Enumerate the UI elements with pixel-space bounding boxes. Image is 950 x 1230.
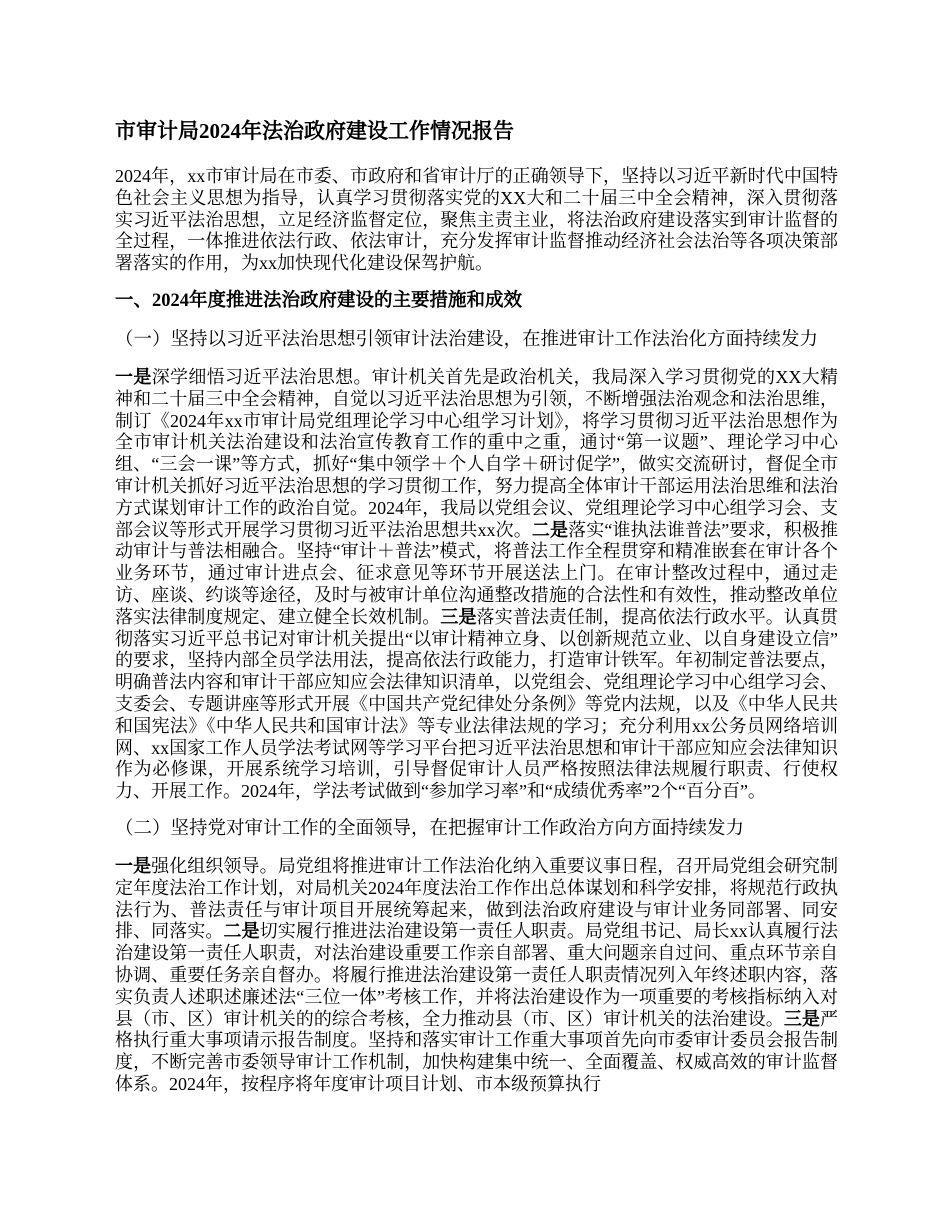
paragraph-text: 落实普法责任制，提高依法行政水平。认真贯彻落实习近平总书记对审计机关提出“以审计… bbox=[115, 607, 838, 801]
intro-paragraph: 2024年，xx市审计局在市委、市政府和省审计厅的正确领导下，坚持以习近平新时代… bbox=[115, 166, 838, 275]
subsection-2-paragraph: 一是强化组织领导。局党组将推进审计工作法治化纳入重要议事日程，召开局党组会研究制… bbox=[115, 856, 838, 1096]
inline-marker-second: 二是 bbox=[223, 921, 259, 941]
subsection-2-heading: （二）坚持党对审计工作的全面领导，在把握审计工作政治方向方面持续发力 bbox=[115, 817, 838, 841]
section-1-heading: 一、2024年度推进法治政府建设的主要措施和成效 bbox=[115, 289, 838, 313]
paragraph-text: 深学细悟习近平法治思想。审计机关首先是政治机关，我局深入学习贯彻党的XX大精神和… bbox=[115, 367, 838, 540]
inline-marker-third: 三是 bbox=[784, 1009, 820, 1029]
inline-marker-third: 三是 bbox=[440, 607, 476, 627]
inline-marker-first: 一是 bbox=[115, 856, 151, 876]
inline-marker-first: 一是 bbox=[115, 367, 152, 387]
document-title: 市审计局2024年法治政府建设工作情况报告 bbox=[115, 118, 838, 144]
subsection-1-paragraph: 一是深学细悟习近平法治思想。审计机关首先是政治机关，我局深入学习贯彻党的XX大精… bbox=[115, 367, 838, 803]
subsection-1-heading: （一）坚持以习近平法治思想引领审计法治建设，在推进审计工作法治化方面持续发力 bbox=[115, 328, 838, 352]
inline-marker-second: 二是 bbox=[532, 520, 568, 540]
document-page: 市审计局2024年法治政府建设工作情况报告 2024年，xx市审计局在市委、市政… bbox=[0, 0, 950, 1230]
